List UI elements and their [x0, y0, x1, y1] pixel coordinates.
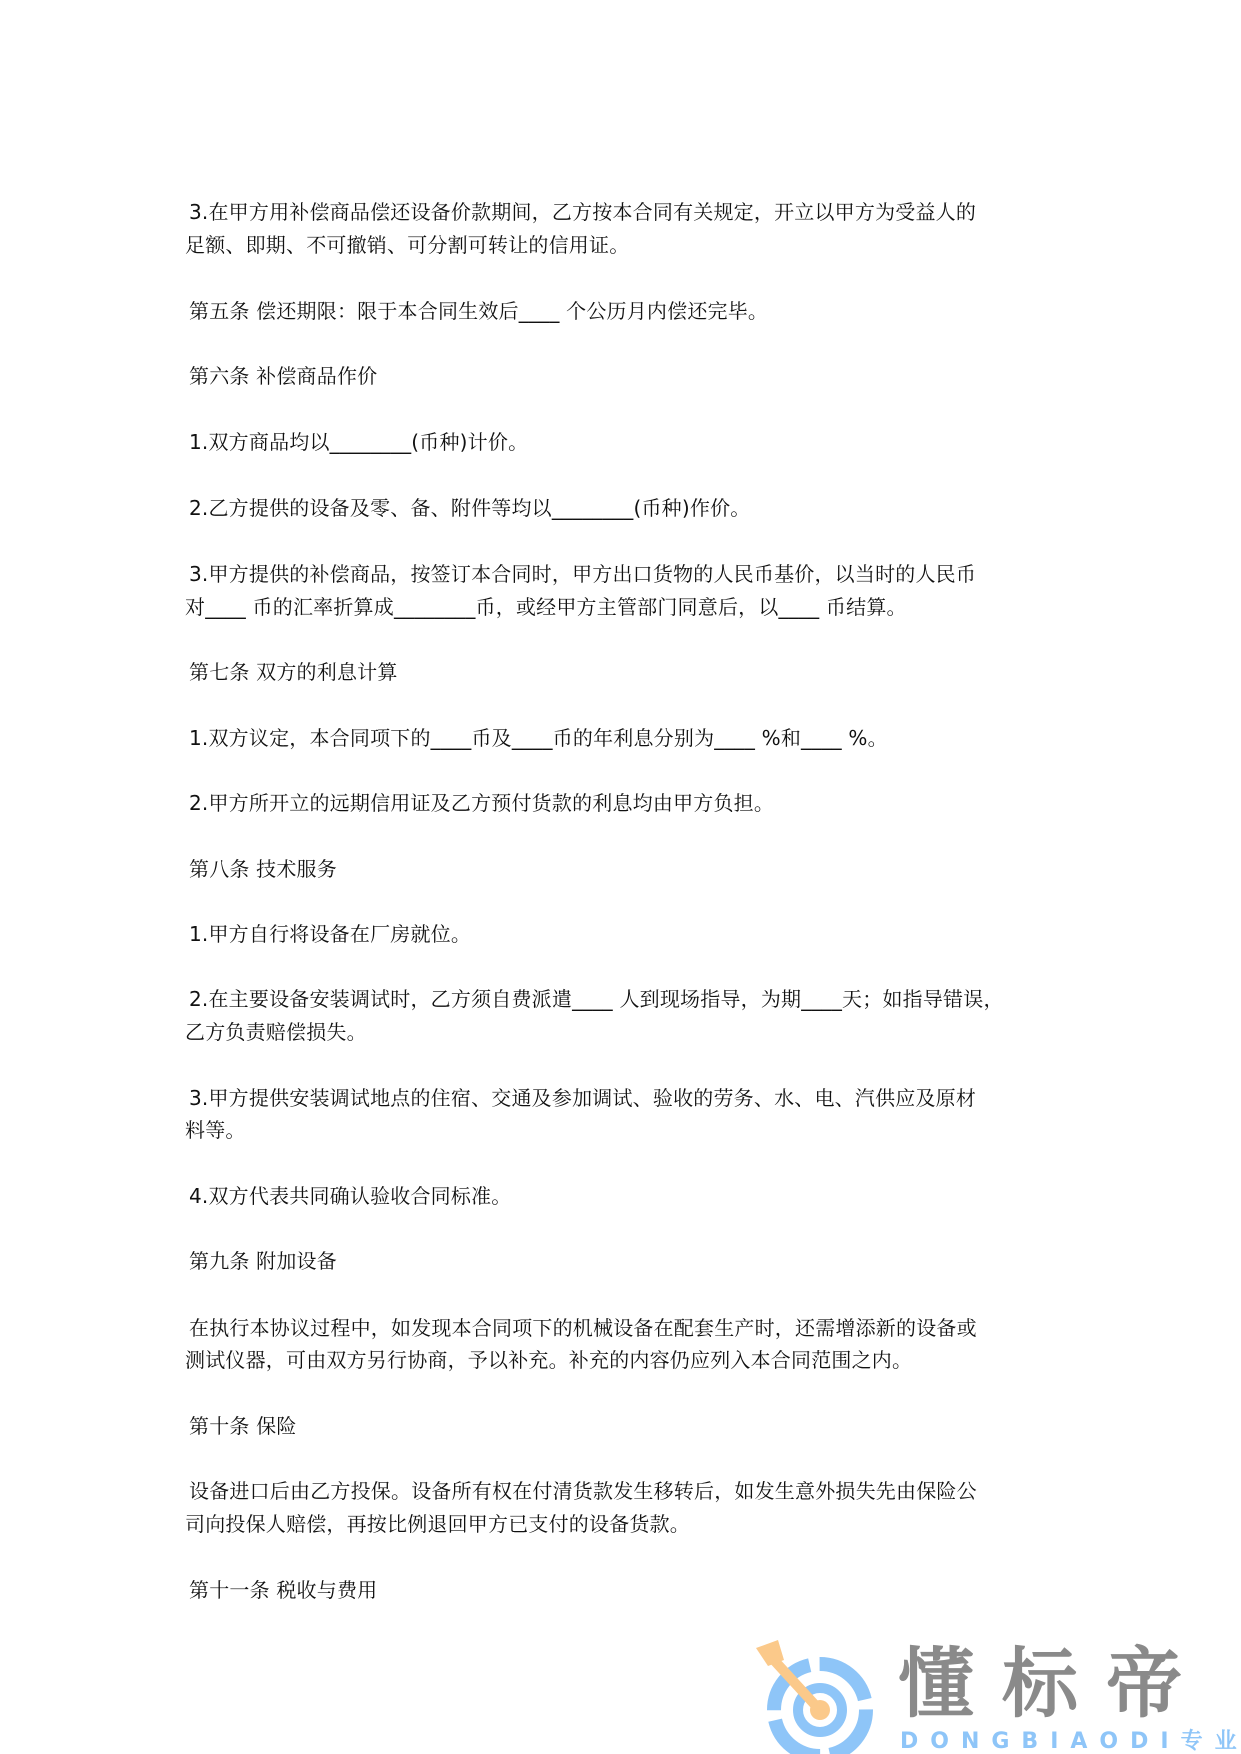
watermark-logo: 懂标帝 DONGBIAODI专业版: [750, 1630, 1230, 1754]
paragraph-line: 1.双方议定，本合同项下的____币及____币的年利息分别为____ %和__…: [189, 726, 888, 750]
paragraph-line: 第十条 保险: [189, 1414, 297, 1438]
paragraph-line: 1.甲方自行将设备在厂房就位。: [189, 922, 471, 946]
paragraph-line: 第六条 补偿商品作价: [189, 364, 377, 388]
paragraph-line: 第十一条 税收与费用: [189, 1578, 377, 1602]
paragraph-line: 3.甲方提供的补偿商品，按签订本合同时，甲方出口货物的人民币基价，以当时的人民币: [189, 562, 976, 586]
paragraph-continuation: 乙方负责赔偿损失。: [185, 1020, 367, 1044]
paragraph-line: 设备进口后由乙方投保。设备所有权在付清货款发生移转后，如发生意外损失先由保险公: [189, 1479, 977, 1503]
paragraph-line: 1.双方商品均以________(币种)计价。: [189, 430, 528, 454]
paragraph-line: 第九条 附加设备: [189, 1249, 337, 1273]
paragraph-line: 第八条 技术服务: [189, 857, 337, 881]
paragraph-continuation: 司向投保人赔偿，再按比例退回甲方已支付的设备货款。: [185, 1512, 690, 1536]
paragraph-continuation: 测试仪器，可由双方另行协商，予以补充。补充的内容仍应列入本合同范围之内。: [185, 1348, 912, 1372]
paragraph-line: 2.甲方所开立的远期信用证及乙方预付货款的利息均由甲方负担。: [189, 791, 774, 815]
paragraph-continuation: 对____ 币的汇率折算成________币，或经甲方主管部门同意后，以____…: [185, 595, 907, 619]
watermark-title: 懂标帝: [898, 1644, 1210, 1724]
paragraph-continuation: 足额、即期、不可撤销、可分割可转让的信用证。: [185, 233, 629, 257]
paragraph-line: 2.在主要设备安装调试时，乙方须自费派遣____ 人到现场指导，为期____天；…: [189, 987, 1004, 1011]
paragraph-continuation: 料等。: [185, 1118, 246, 1142]
paragraph-line: 在执行本协议过程中，如发现本合同项下的机械设备在配套生产时，还需增添新的设备或: [189, 1316, 977, 1340]
paragraph-line: 3.在甲方用补偿商品偿还设备价款期间，乙方按本合同有关规定，开立以甲方为受益人的: [189, 200, 976, 224]
paragraph-line: 2.乙方提供的设备及零、备、附件等均以________(币种)作价。: [189, 496, 751, 520]
paragraph-line: 第五条 偿还期限：限于本合同生效后____ 个公历月内偿还完毕。: [189, 299, 768, 323]
paragraph-line: 4.双方代表共同确认验收合同标准。: [189, 1184, 511, 1208]
paragraph-line: 第七条 双方的利息计算: [189, 660, 398, 684]
target-arrow-icon: [750, 1630, 890, 1754]
watermark-subtitle: DONGBIAODI专业版: [900, 1730, 1241, 1754]
paragraph-line: 3.甲方提供安装调试地点的住宿、交通及参加调试、验收的劳务、水、电、汽供应及原材: [189, 1086, 976, 1110]
